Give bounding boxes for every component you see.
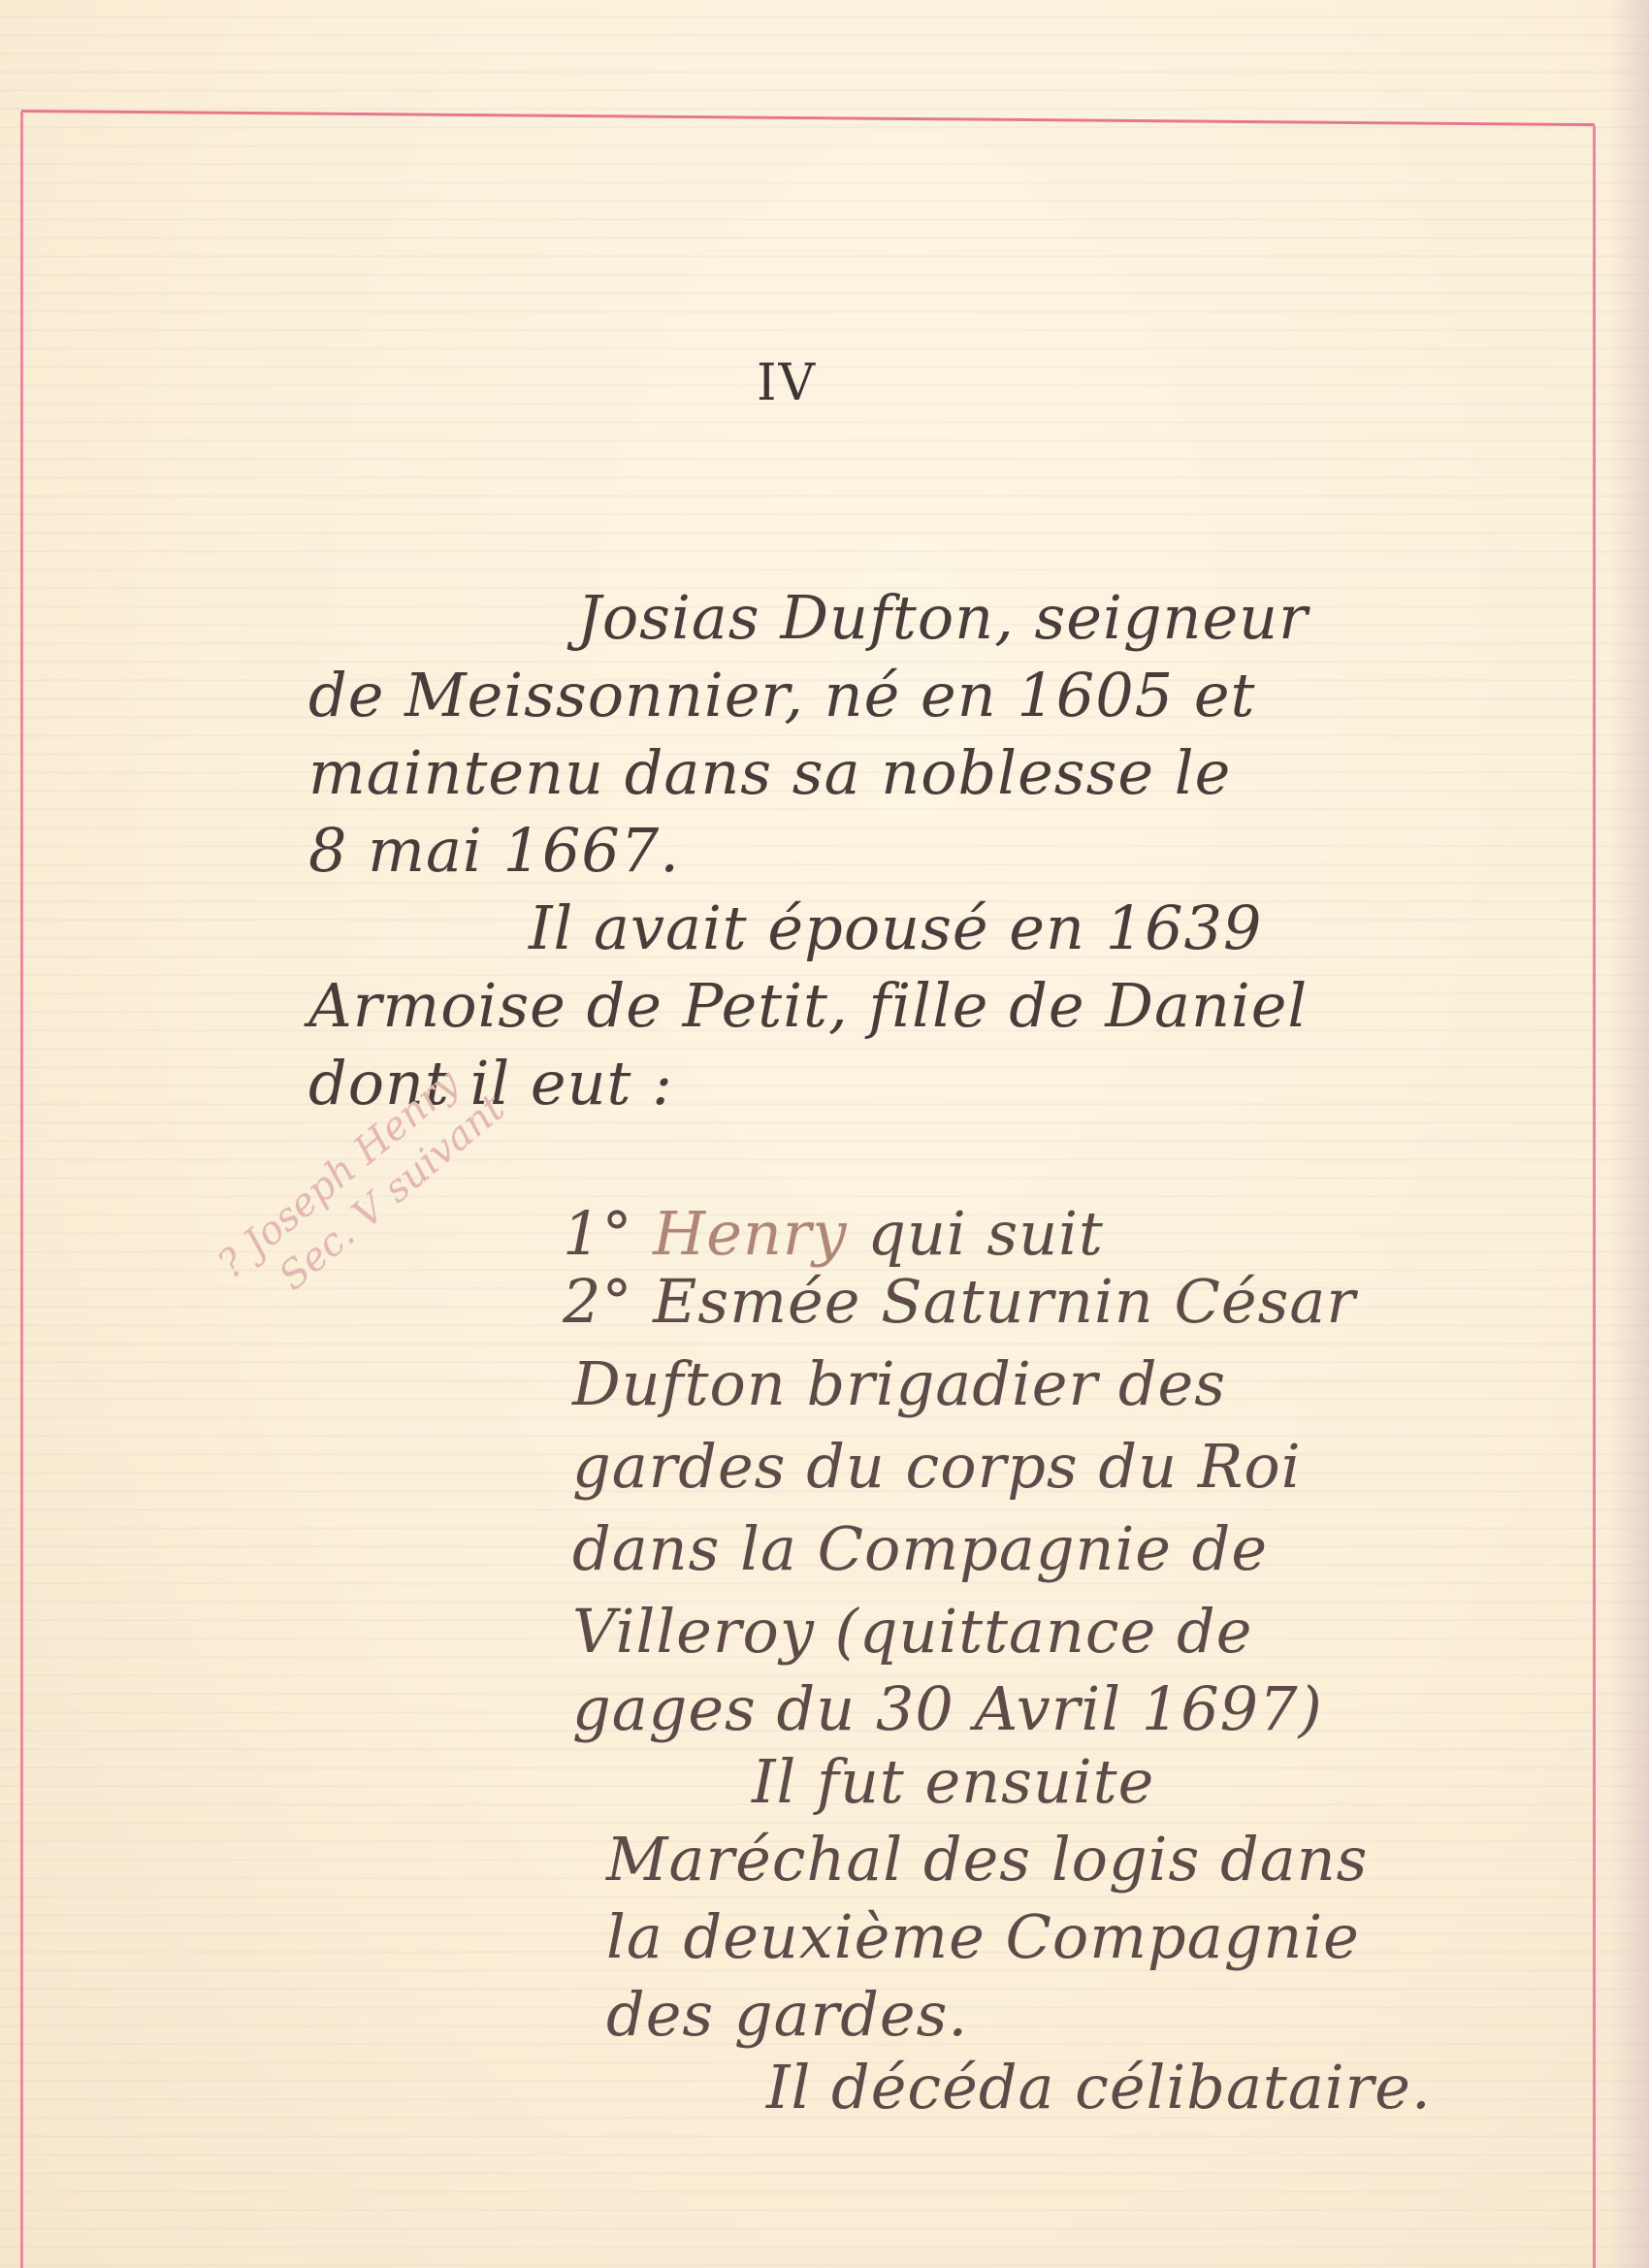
list-item-text: qui suit (867, 1198, 1104, 1269)
list-number: 2° (563, 1266, 632, 1337)
text-line: maintenu dans sa noblesse le (308, 737, 1231, 808)
list-number: 1° (563, 1198, 632, 1269)
list-item-1: 1° Henry qui suit (563, 1198, 1104, 1269)
list-item-2: 2° Esmée Saturnin César (563, 1266, 1356, 1337)
margin-rule-right (1593, 126, 1596, 2268)
text-line: de Meissonnier, né en 1605 et (308, 660, 1255, 730)
text-line: Il fut ensuite (752, 1746, 1154, 1817)
text-line: Josias Dufton, seigneur (577, 582, 1309, 653)
text-line: Dufton brigadier des (572, 1348, 1226, 1419)
text-line: des gardes. (606, 1979, 968, 2050)
text-line: Armoise de Petit, fille de Daniel (308, 970, 1308, 1041)
margin-rule-left (20, 112, 23, 2268)
text-line: Maréchal des logis dans (606, 1824, 1368, 1895)
child-name: Henry (653, 1198, 847, 1269)
text-line: Villeroy (quittance de (572, 1596, 1252, 1667)
text-line: gardes du corps du Roi (572, 1431, 1302, 1502)
text-line: dans la Compagnie de (572, 1513, 1268, 1584)
text-line: gages du 30 Avril 1697) (572, 1673, 1323, 1744)
text-line: 8 mai 1667. (308, 815, 680, 886)
section-heading: IV (757, 354, 817, 412)
text-line: Il décéda célibataire. (766, 2052, 1432, 2122)
text-line: Il avait épousé en 1639 (529, 892, 1262, 963)
list-item-text: Esmée Saturnin César (653, 1266, 1356, 1337)
text-line: la deuxième Compagnie (606, 1901, 1360, 1972)
page-edge-shadow (1610, 0, 1649, 2268)
